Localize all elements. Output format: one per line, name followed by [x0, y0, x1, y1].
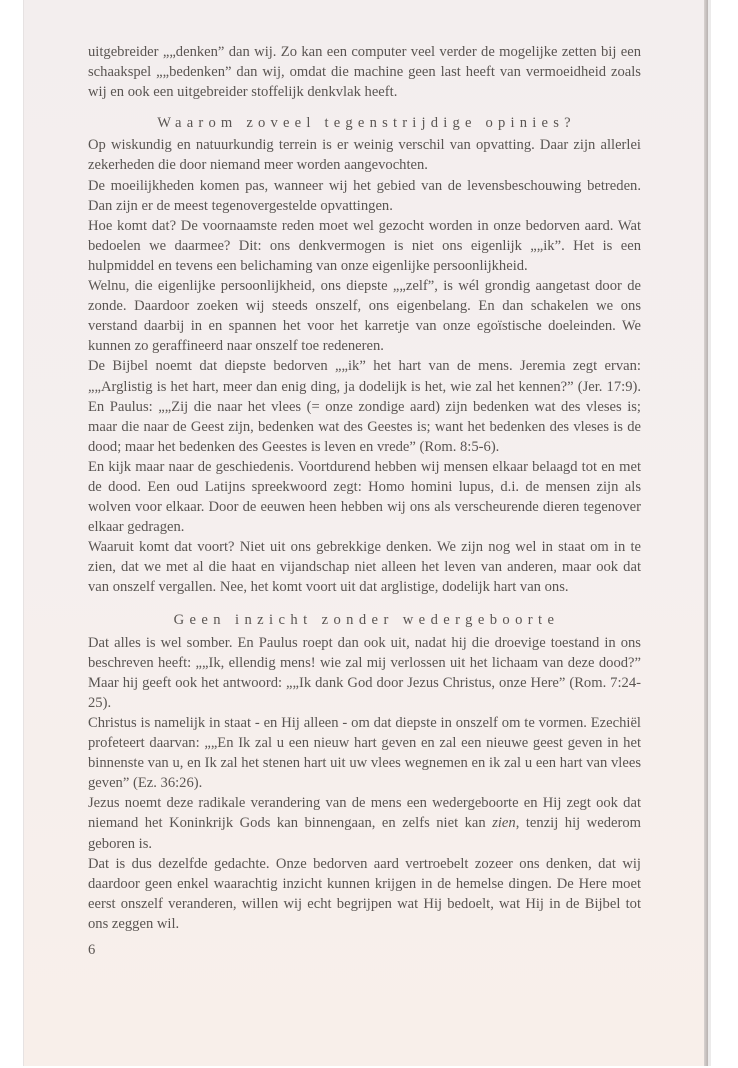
paragraph: En kijk maar naar de geschiedenis. Voort… [88, 457, 641, 537]
paragraph: De moeilijkheden komen pas, wanneer wij … [88, 176, 641, 216]
paragraph: Hoe komt dat? De voornaamste reden moet … [88, 216, 641, 276]
section-heading-rebirth: Geen inzicht zonder wedergeboorte [88, 610, 641, 630]
paragraph: Op wiskundig en natuurkundig terrein is … [88, 135, 641, 175]
page-text: uitgebreider „„denken” dan wij. Zo kan e… [88, 42, 641, 960]
paragraph: Dat alles is wel somber. En Paulus roept… [88, 633, 641, 713]
paragraph: Dat is dus dezelfde gedachte. Onze bedor… [88, 854, 641, 934]
paragraph: Waaruit komt dat voort? Niet uit ons geb… [88, 537, 641, 597]
section-heading-opinions: Waarom zoveel tegenstrijdige opinies? [88, 113, 641, 133]
paragraph-with-emphasis: Jezus noemt deze radikale verandering va… [88, 793, 641, 853]
paragraph-intro: uitgebreider „„denken” dan wij. Zo kan e… [88, 42, 641, 102]
paragraph: Welnu, die eigenlijke persoonlijkheid, o… [88, 276, 641, 356]
page-number: 6 [88, 940, 641, 960]
paragraph: De Bijbel noemt dat diepste bedorven „„i… [88, 356, 641, 456]
page-edge [708, 0, 711, 1066]
emphasis-text: zien [492, 815, 516, 831]
paragraph: Christus is namelijk in staat - en Hij a… [88, 713, 641, 793]
